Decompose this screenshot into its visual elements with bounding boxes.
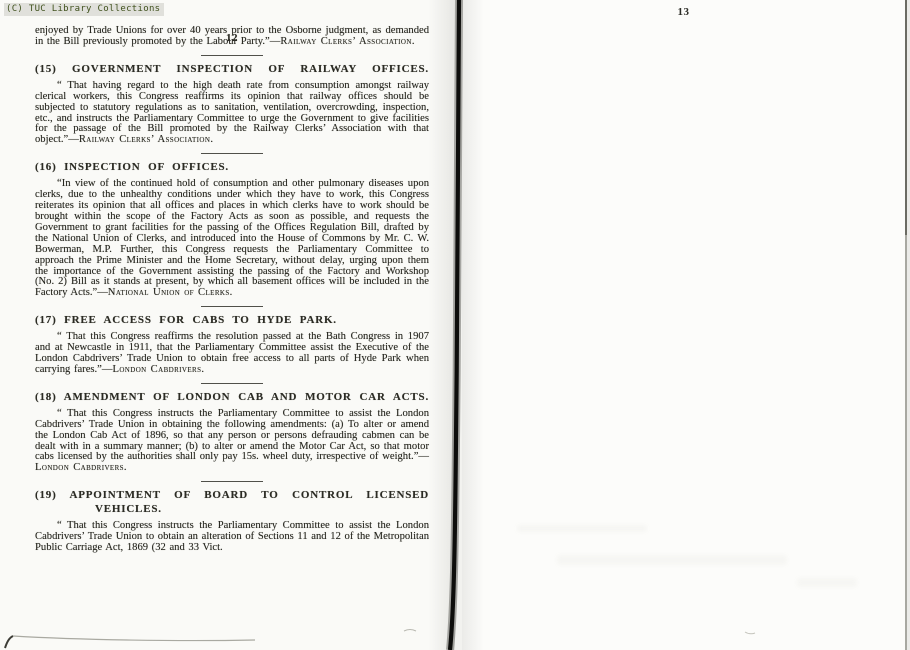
section-divider bbox=[201, 55, 263, 56]
paragraph-body: “ That this Congress instructs the Parli… bbox=[35, 408, 429, 463]
paragraph-attribution: London Cabdrivers. bbox=[35, 462, 127, 473]
section-divider bbox=[201, 383, 263, 384]
left-page: 12 enjoyed by Trade Unions for over 40 y… bbox=[0, 0, 455, 650]
paragraph-18: “ That this Congress instructs the Parli… bbox=[35, 409, 429, 474]
library-watermark: (C) TUC Library Collections bbox=[4, 3, 164, 16]
section-heading-19: (19) APPOINTMENT OF BOARD TO CONTROL LIC… bbox=[35, 489, 429, 502]
paragraph-body: “In view of the continued hold of consum… bbox=[35, 178, 429, 298]
scanned-book-spread: 12 enjoyed by Trade Unions for over 40 y… bbox=[0, 0, 910, 650]
right-page-number: 13 bbox=[462, 6, 905, 18]
section-heading-19-line2: VEHICLES. bbox=[35, 503, 429, 516]
show-through-smudge bbox=[797, 578, 857, 587]
left-page-number: 12 bbox=[35, 32, 429, 44]
section-divider bbox=[201, 153, 263, 154]
scan-right-margin bbox=[905, 0, 910, 650]
gutter-shadow-left bbox=[428, 0, 455, 650]
gutter-shadow-right bbox=[462, 0, 484, 650]
paragraph-19: “ That this Congress instructs the Parli… bbox=[35, 521, 429, 554]
paragraph-attribution: London Cabdrivers. bbox=[112, 364, 204, 375]
left-page-text-column: 12 enjoyed by Trade Unions for over 40 y… bbox=[35, 26, 429, 554]
section-divider bbox=[201, 306, 263, 307]
section-divider bbox=[201, 481, 263, 482]
paragraph-17: “ That this Congress reaffirms the resol… bbox=[35, 332, 429, 376]
right-page: 13 bbox=[462, 0, 905, 650]
section-heading-16: (16) INSPECTION OF OFFICES. bbox=[35, 161, 429, 174]
section-heading-15: (15) GOVERNMENT INSPECTION OF RAILWAY OF… bbox=[35, 63, 429, 76]
paragraph-attribution: National Union of Clerks. bbox=[108, 287, 233, 298]
paragraph-16: “In view of the continued hold of consum… bbox=[35, 179, 429, 299]
paragraph-body: “ That this Congress reaffirms the resol… bbox=[35, 331, 429, 375]
paragraph-body: “ That this Congress instructs the Parli… bbox=[35, 520, 429, 553]
show-through-smudge bbox=[557, 555, 787, 565]
section-heading-18: (18) AMENDMENT OF LONDON CAB AND MOTOR C… bbox=[35, 391, 429, 404]
paragraph-attribution: Railway Clerks’ Association. bbox=[79, 134, 214, 145]
paragraph-15: “ That having regard to the high death r… bbox=[35, 81, 429, 146]
show-through-smudge bbox=[517, 525, 647, 532]
section-heading-17: (17) FREE ACCESS FOR CABS TO HYDE PARK. bbox=[35, 314, 429, 327]
